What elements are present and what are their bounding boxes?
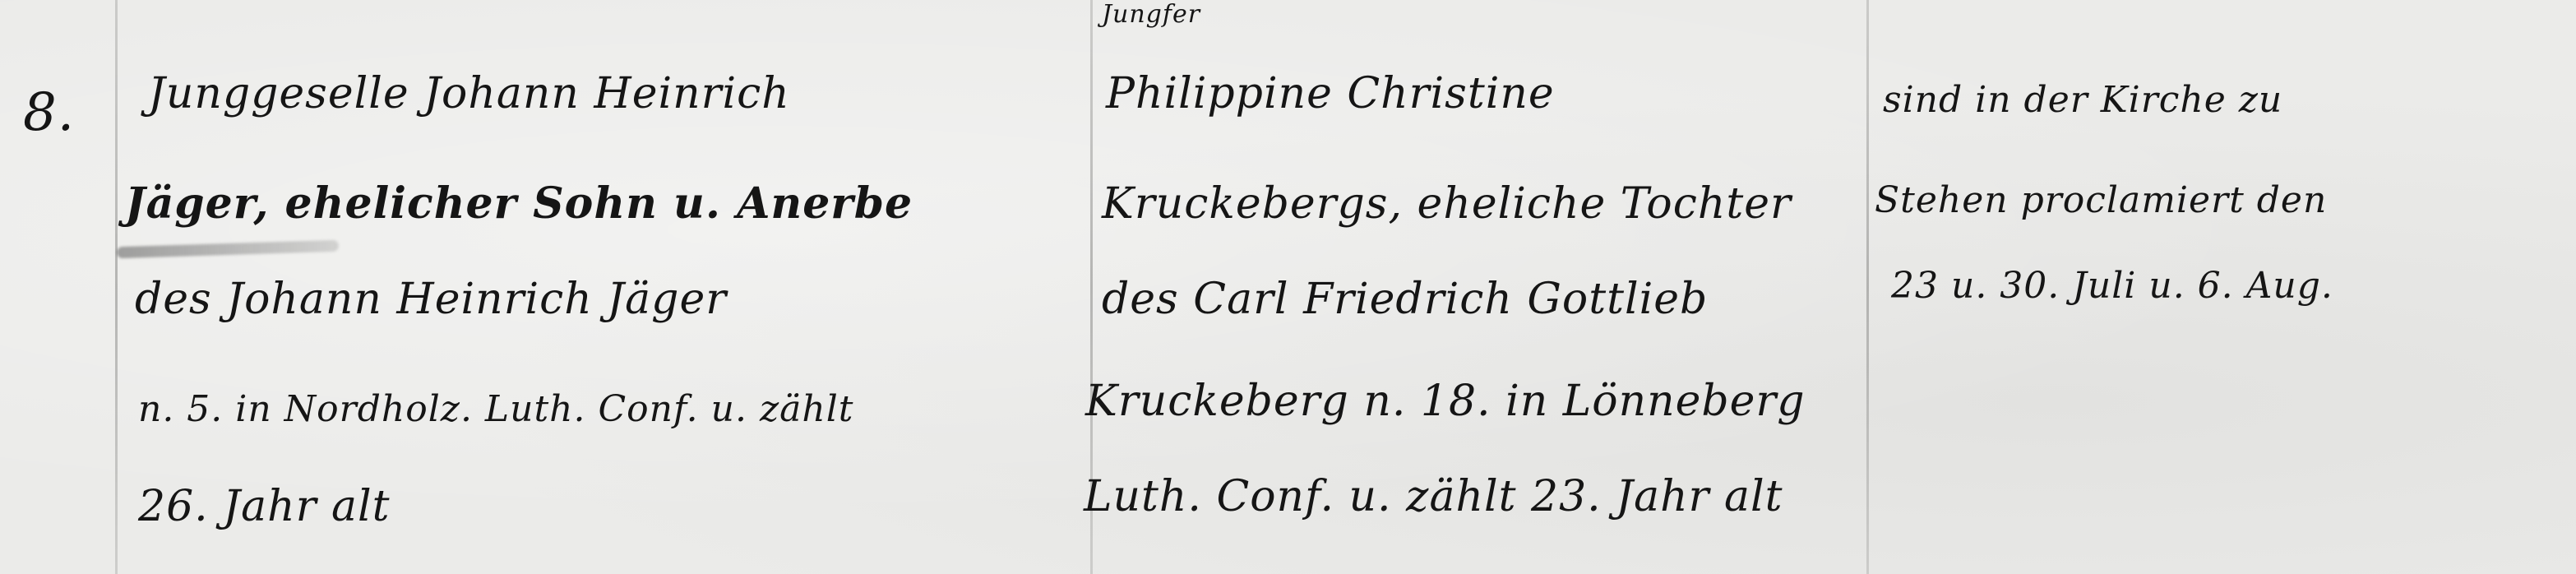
banns-line-1: sind in der Kirche zu [1883, 82, 2282, 118]
bride-line-3: des Carl Friedrich Gottlieb [1102, 278, 1708, 321]
banns-line-3: 23 u. 30. Juli u. 6. Aug. [1891, 268, 2333, 304]
groom-line-5: 26. Jahr alt [138, 485, 390, 528]
groom-line-2: Jäger, ehelicher Sohn u. Anerbe [125, 183, 913, 225]
entry-number: 8. [23, 82, 75, 143]
margin-rule [115, 0, 118, 574]
bride-line-4: Kruckeberg n. 18. in Lönneberg [1085, 380, 1806, 423]
bride-line-5: Luth. Conf. u. zählt 23. Jahr alt [1084, 475, 1783, 518]
groom-line-3: des Johann Heinrich Jäger [135, 278, 727, 321]
groom-line-1: Junggeselle Johann Heinrich [148, 72, 790, 115]
bride-line-2: Kruckebergs, eheliche Tochter [1102, 183, 1792, 225]
banns-line-2: Stehen proclamiert den [1875, 183, 2327, 219]
column-rule-bride-banns [1866, 0, 1869, 574]
bride-insertion-note: Jungfer [1102, 0, 1200, 29]
groom-line-4: n. 5. in Nordholz. Luth. Conf. u. zählt [138, 391, 853, 428]
bride-line-1: Philippine Christine [1106, 72, 1555, 115]
